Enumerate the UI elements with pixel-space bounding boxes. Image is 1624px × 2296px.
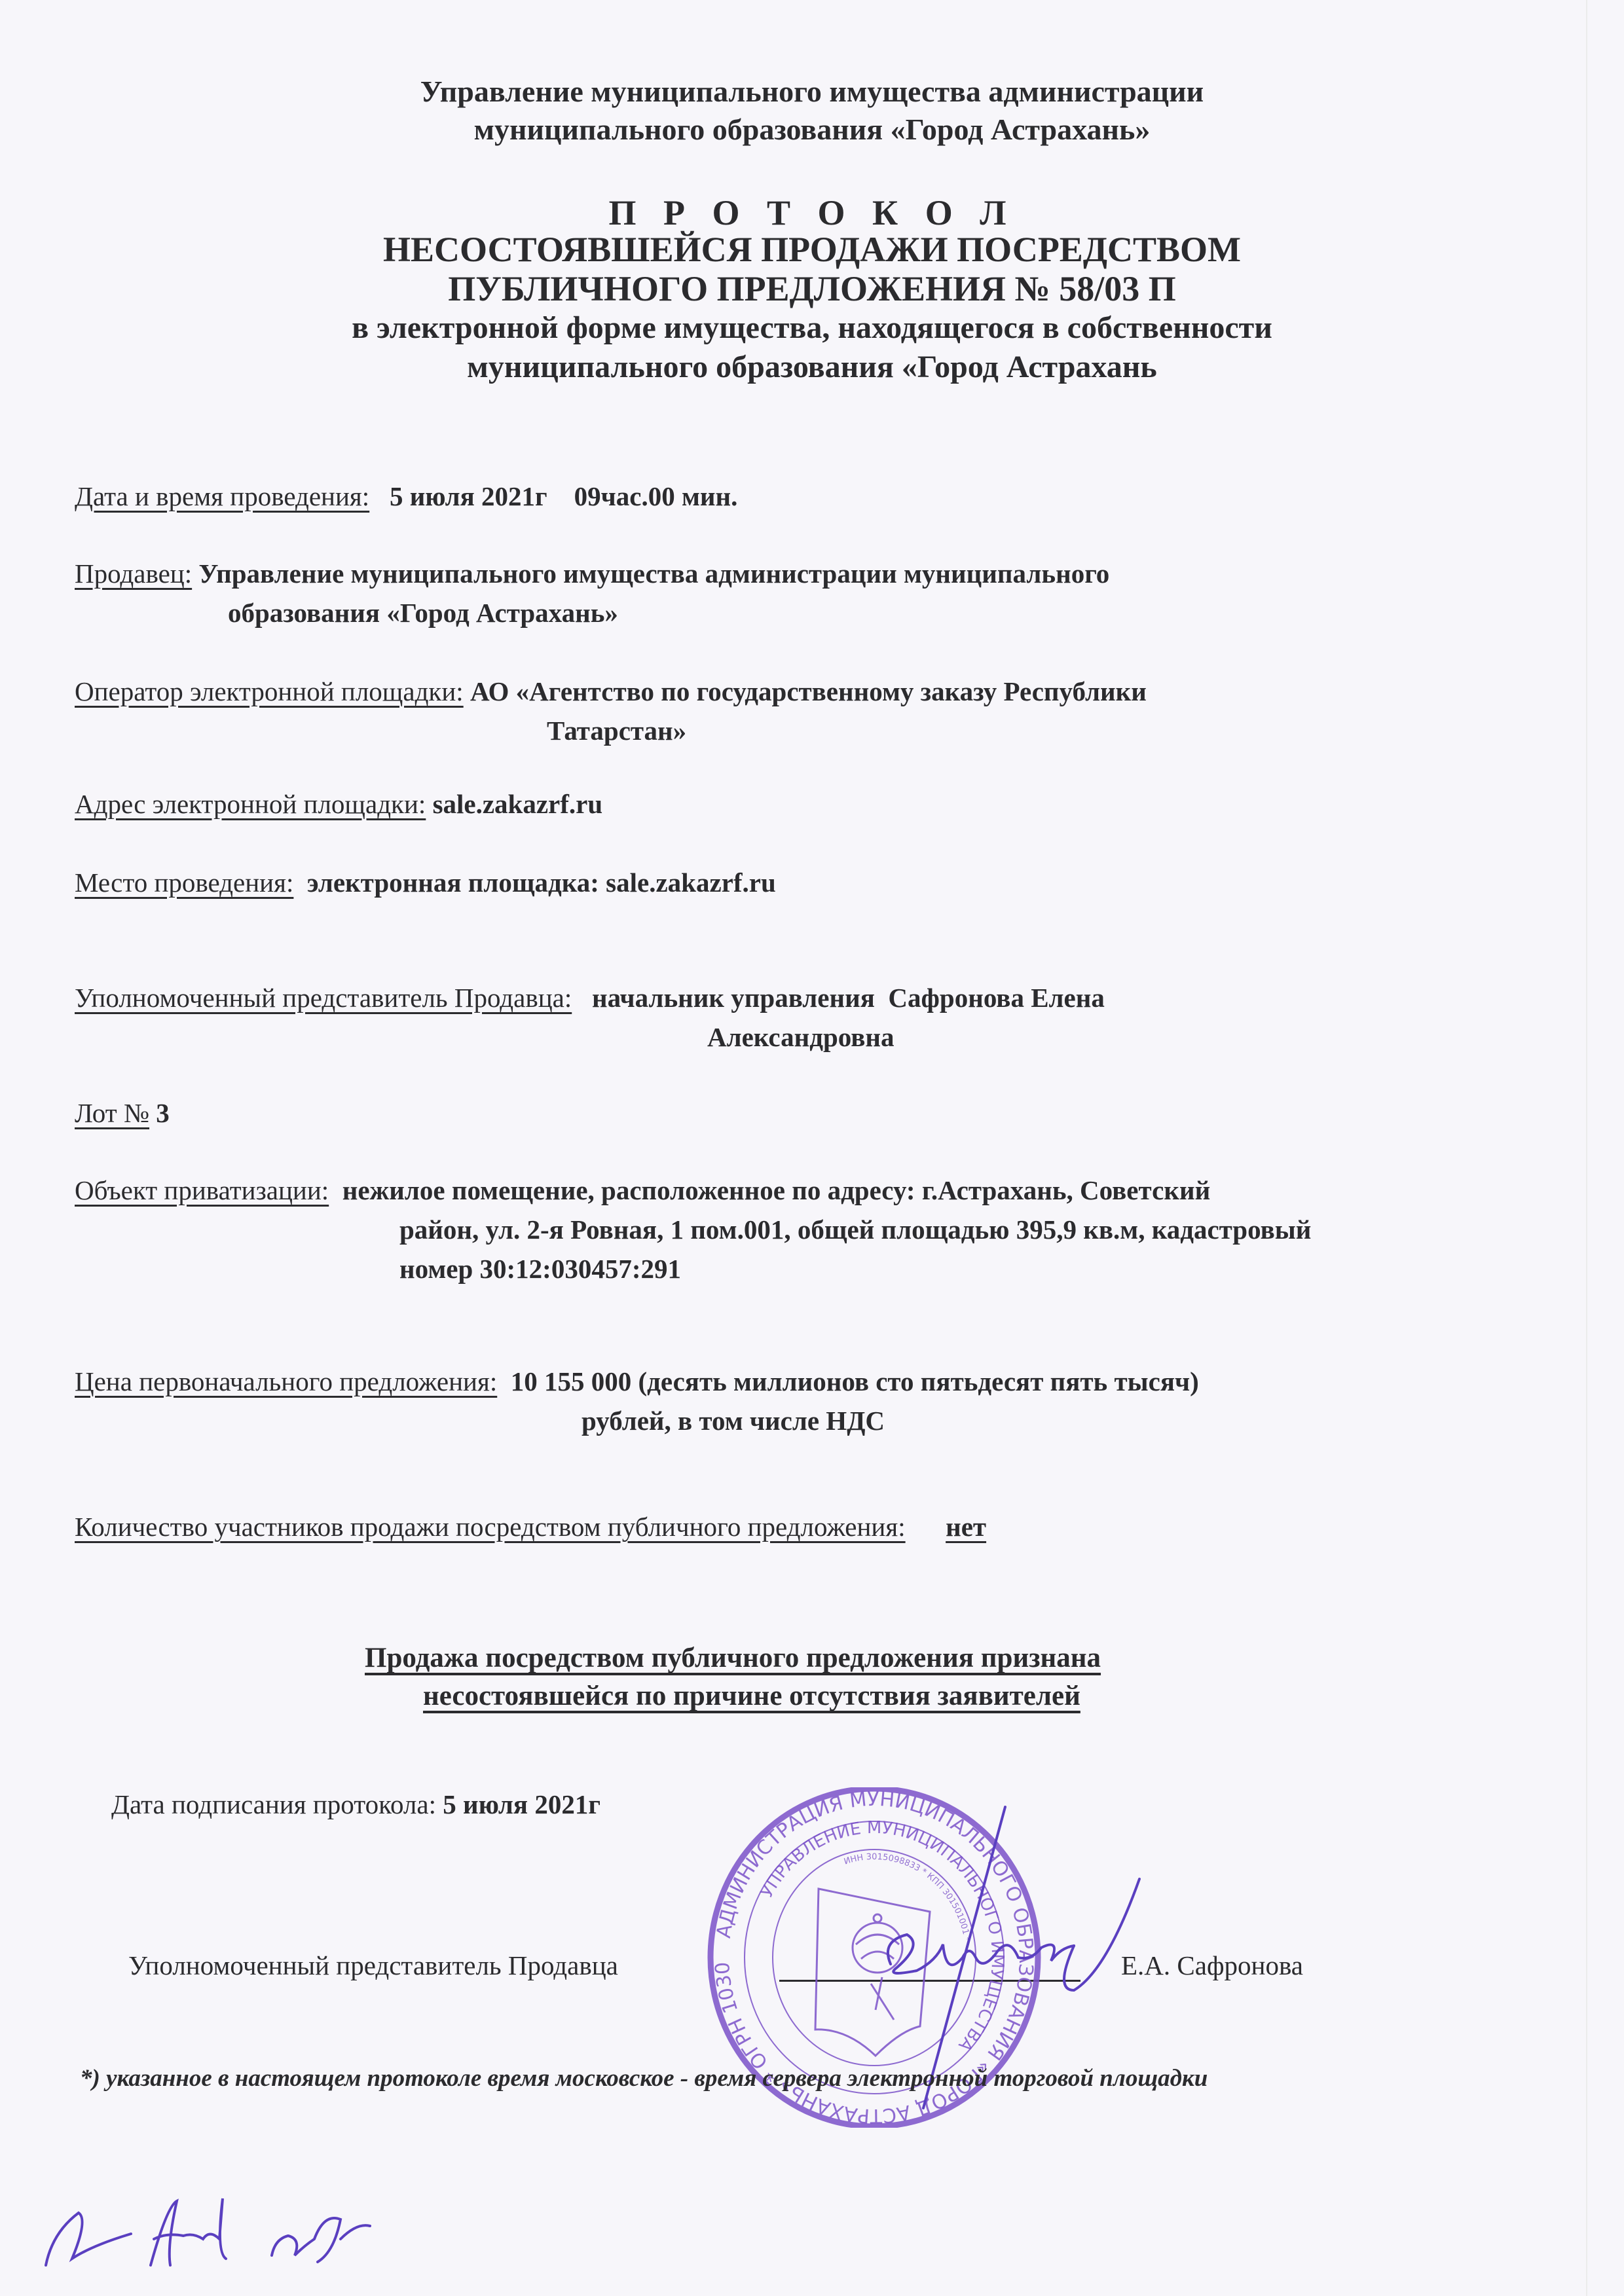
field-label: Цена первоначального предложения: xyxy=(75,1366,497,1396)
page-initials-signature xyxy=(26,2193,393,2278)
field-label: Уполномоченный представитель Продавца: xyxy=(75,983,572,1013)
field-seller: Продавец: Управление муниципального имущ… xyxy=(75,553,1109,594)
field-seller-continuation: образования «Город Астрахань» xyxy=(228,592,618,634)
platform-url: sale.zakazrf.ru xyxy=(433,789,603,819)
org-header-line-1: Управление муниципального имущества адми… xyxy=(0,72,1624,111)
field-value: электронная площадка: sale.zakazrf.ru xyxy=(307,867,776,898)
field-operator-continuation: Татарстан» xyxy=(547,710,686,752)
price-value: 10 155 000 (десять миллионов сто пятьдес… xyxy=(511,1366,1199,1396)
field-price-continuation: рублей, в том числе НДС xyxy=(581,1400,885,1442)
field-place: Место проведения: электронная площадка: … xyxy=(75,862,776,903)
field-object-continuation-2: номер 30:12:030457:291 xyxy=(399,1248,681,1290)
field-representative-continuation: Александровна xyxy=(707,1016,895,1058)
field-datetime: Дата и время проведения: 5 июля 2021г 09… xyxy=(75,475,737,517)
participants-value: нет xyxy=(946,1512,986,1542)
title-line-3: ПУБЛИЧНОГО ПРЕДЛОЖЕНИЯ № 58/03 П xyxy=(0,267,1624,310)
result-line-2: несостоявшейся по причине отсутствия зая… xyxy=(423,1675,1080,1718)
field-label: Адрес электронной площадки: xyxy=(75,789,426,819)
field-label: Дата и время проведения: xyxy=(75,481,369,511)
signing-date: Дата подписания протокола: 5 июля 2021г xyxy=(111,1783,600,1825)
field-value: начальник управления Сафронова Елена xyxy=(592,983,1105,1013)
signing-date-label: Дата подписания протокола: xyxy=(111,1789,436,1819)
result-line-1: Продажа посредством публичного предложен… xyxy=(365,1637,1101,1680)
field-object-continuation-1: район, ул. 2-я Ровная, 1 пом.001, общей … xyxy=(399,1209,1311,1250)
org-header-line-2: муниципального образования «Город Астрах… xyxy=(0,110,1624,149)
field-label: Объект приватизации: xyxy=(75,1175,329,1205)
field-value: 5 июля 2021г 09час.00 мин. xyxy=(390,481,737,511)
signing-date-value: 5 июля 2021г xyxy=(443,1789,600,1819)
title-line-2: НЕСОСТОЯВШЕЙСЯ ПРОДАЖИ ПОСРЕДСТВОМ xyxy=(0,228,1624,271)
field-label: Лот № xyxy=(75,1098,149,1128)
field-representative: Уполномоченный представитель Продавца: н… xyxy=(75,977,1105,1019)
lot-number: 3 xyxy=(156,1098,170,1128)
field-label: Количество участников продажи посредство… xyxy=(75,1512,906,1542)
field-label: Продавец: xyxy=(75,558,192,589)
signatory-title: Уполномоченный представитель Продавца xyxy=(128,1944,618,1986)
field-platform-address: Адрес электронной площадки: sale.zakazrf… xyxy=(75,783,602,825)
field-object: Объект приватизации: нежилое помещение, … xyxy=(75,1169,1210,1211)
field-lot: Лот № 3 xyxy=(75,1092,170,1134)
field-initial-price: Цена первоначального предложения: 10 155… xyxy=(75,1360,1199,1402)
field-label: Оператор электронной площадки: xyxy=(75,676,464,706)
field-participants: Количество участников продажи посредство… xyxy=(75,1506,986,1548)
title-line-5: муниципального образования «Город Астрах… xyxy=(0,347,1624,388)
field-value: АО «Агентство по государственному заказу… xyxy=(470,676,1147,706)
field-value: Управление муниципального имущества адми… xyxy=(198,558,1109,589)
title-line-4: в электронной форме имущества, находящег… xyxy=(0,308,1624,348)
field-value: нежилое помещение, расположенное по адре… xyxy=(342,1175,1211,1205)
field-label: Место проведения: xyxy=(75,867,293,898)
footnote: *) указанное в настоящем протоколе время… xyxy=(80,2062,1208,2095)
field-operator: Оператор электронной площадки: АО «Агент… xyxy=(75,670,1147,712)
